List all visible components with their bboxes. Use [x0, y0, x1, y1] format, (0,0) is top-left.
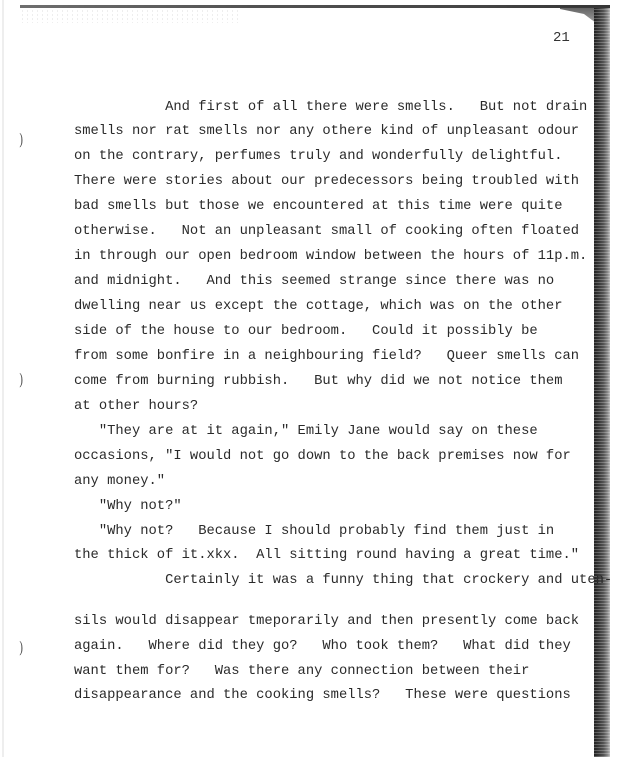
scan-top-edge [20, 5, 610, 8]
typed-text-line: And first of all there were smells. But … [74, 100, 587, 116]
scan-right-edge [594, 8, 610, 757]
typed-text-line: and midnight. And this seemed strange si… [74, 274, 554, 290]
typed-text-line: otherwise. Not an unpleasant small of co… [74, 224, 579, 240]
typed-text-line: at other hours? [74, 399, 198, 415]
binder-hole-mark: ) [19, 638, 23, 657]
typed-text-line: any money." [74, 474, 165, 490]
binder-hole-mark: ) [19, 370, 23, 389]
typed-text-line: There were stories about our predecessor… [74, 174, 579, 190]
typed-text-line: from some bonfire in a neighbouring fiel… [74, 349, 579, 365]
typed-text-line: "They are at it again," Emily Jane would… [74, 424, 538, 440]
scan-top-speckle [20, 9, 240, 23]
typed-text-line: smells nor rat smells nor any othere kin… [74, 124, 579, 140]
typed-text-line: in through our open bedroom window betwe… [74, 249, 587, 265]
typed-text-line: "Why not?" [74, 499, 182, 515]
typed-text-line: bad smells but those we encountered at t… [74, 199, 563, 215]
typed-text-line: again. Where did they go? Who took them?… [74, 639, 571, 655]
typed-text-line: on the contrary, perfumes truly and wond… [74, 149, 563, 165]
typed-text-line: Certainly it was a funny thing that croc… [74, 573, 612, 589]
page-number: 21 [553, 30, 570, 46]
scan-left-faint-edge [2, 0, 4, 757]
typed-text-line: side of the house to our bedroom. Could … [74, 324, 538, 340]
typed-text-line: "Why not? Because I should probably find… [74, 524, 554, 540]
typed-text-line: dwelling near us except the cottage, whi… [74, 299, 563, 315]
typed-text-line: occasions, "I would not go down to the b… [74, 449, 571, 465]
typed-text-line: want them for? Was there any connection … [74, 664, 529, 680]
typed-text-line: disappearance and the cooking smells? Th… [74, 688, 571, 704]
typed-text-line: come from burning rubbish. But why did w… [74, 374, 563, 390]
typed-text-line: the thick of it.xkx. All sitting round h… [74, 548, 579, 564]
binder-hole-mark: ) [19, 130, 23, 149]
typed-text-line: sils would disappear tmeporarily and the… [74, 614, 579, 630]
